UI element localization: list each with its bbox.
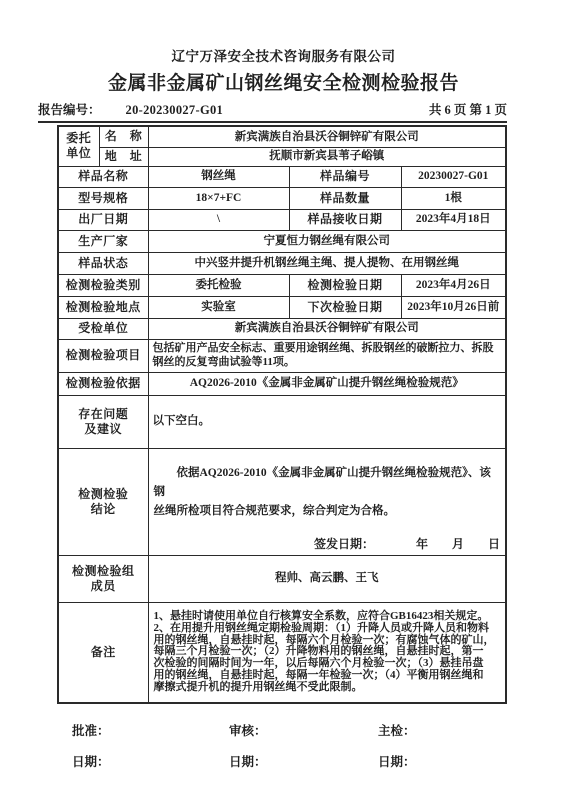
row-sample-name: 样品名称 钢丝绳 样品编号 20230027-G01 [58, 166, 506, 187]
model-value: 18×7+FC [148, 187, 289, 209]
inspect-basis-value: AQ2026-2010《金属非金属矿山提升钢丝绳检验规范》 [148, 372, 506, 395]
chief-column: 主检： 日期： [378, 721, 416, 770]
row-sample-state: 样品状态 中兴竖井提升机钢丝绳主绳、提人提物、在用钢丝绳 [58, 252, 506, 274]
company-name: 辽宁万泽安全技术咨询服务有限公司 [0, 0, 567, 65]
sample-no-label: 样品编号 [289, 166, 401, 187]
quantity-label: 样品数量 [289, 187, 401, 209]
conclusion-cell: 依据AQ2026-2010《金属非金属矿山提升钢丝绳检验规范》、该钢 丝绳所检项… [148, 448, 506, 555]
review-label: 审核： [229, 721, 378, 739]
mfg-date-label: 出厂日期 [58, 209, 148, 230]
team-value: 程帅、高云鹏、王飞 [148, 555, 506, 602]
problems-label: 存在问题 及建议 [58, 395, 148, 448]
review-date-label: 日期： [229, 752, 378, 770]
row-client-address: 地 址 抚顺市新宾县苇子峪镇 [58, 147, 506, 166]
report-page: 辽宁万泽安全技术咨询服务有限公司 金属非金属矿山钢丝绳安全检测检验报告 报告编号… [0, 0, 567, 802]
next-date-label: 下次检验日期 [289, 296, 401, 318]
report-number-row: 报告编号： 20-20230027-G01 共 6 页 第 1 页 [38, 100, 507, 123]
row-model: 型号规格 18×7+FC 样品数量 1根 [58, 187, 506, 209]
page-count: 共 6 页 第 1 页 [429, 100, 507, 118]
row-inspected-unit: 受检单位 新宾满族自治县沃谷铜锌矿有限公司 [58, 318, 506, 339]
row-problems: 存在问题 及建议 以下空白。 [58, 395, 506, 448]
inspect-items-value: 包括矿用产品安全标志、重要用途钢丝绳、拆股钢丝的破断拉力、拆股 钢丝的反复弯曲试… [148, 339, 506, 372]
remarks-label: 备注 [58, 602, 148, 703]
sample-state-value: 中兴竖井提升机钢丝绳主绳、提人提物、在用钢丝绳 [148, 252, 506, 274]
sample-name-label: 样品名称 [58, 166, 148, 187]
review-column: 审核： 日期： [229, 721, 378, 770]
problems-value: 以下空白。 [148, 395, 506, 448]
row-client-name: 委托 单位 名 称 新宾满族自治县沃谷铜锌矿有限公司 [58, 126, 506, 147]
sample-no-value: 20230027-G01 [401, 166, 506, 187]
inspected-unit-label: 受检单位 [58, 318, 148, 339]
client-name-value: 新宾满族自治县沃谷铜锌矿有限公司 [148, 126, 506, 147]
inspect-basis-label: 检测检验依据 [58, 372, 148, 395]
quantity-value: 1根 [401, 187, 506, 209]
report-number-value: 20-20230027-G01 [126, 103, 224, 118]
row-manufacturer: 生产厂家 宁夏恒力钢丝绳有限公司 [58, 230, 506, 252]
report-table: 委托 单位 名 称 新宾满族自治县沃谷铜锌矿有限公司 地 址 抚顺市新宾县苇子峪… [57, 125, 507, 704]
chief-date-label: 日期： [378, 752, 416, 770]
team-label: 检测检验组 成员 [58, 555, 148, 602]
inspect-items-label: 检测检验项目 [58, 339, 148, 372]
sample-state-label: 样品状态 [58, 252, 148, 274]
conclusion-text: 依据AQ2026-2010《金属非金属矿山提升钢丝绳检验规范》、该钢 丝绳所检项… [149, 449, 506, 521]
client-address-value: 抚顺市新宾县苇子峪镇 [148, 147, 506, 166]
approve-date-label: 日期： [72, 752, 229, 770]
row-inspect-items: 检测检验项目 包括矿用产品安全标志、重要用途钢丝绳、拆股钢丝的破断拉力、拆股 钢… [58, 339, 506, 372]
row-inspect-type: 检测检验类别 委托检验 检测检验日期 2023年4月26日 [58, 274, 506, 296]
inspect-date-value: 2023年4月26日 [401, 274, 506, 296]
client-address-label: 地 址 [99, 147, 148, 166]
report-number-label: 报告编号： [38, 100, 101, 118]
inspected-unit-value: 新宾满族自治县沃谷铜锌矿有限公司 [148, 318, 506, 339]
row-conclusion: 检测检验 结论 依据AQ2026-2010《金属非金属矿山提升钢丝绳检验规范》、… [58, 448, 506, 555]
conclusion-label: 检测检验 结论 [58, 448, 148, 555]
client-name-label: 名 称 [99, 126, 148, 147]
next-date-value: 2023年10月26日前 [401, 296, 506, 318]
row-remarks: 备注 1、悬挂时请使用单位自行核算安全系数，应符合GB16423相关规定。 2、… [58, 602, 506, 703]
sample-name-value: 钢丝绳 [148, 166, 289, 187]
inspect-type-label: 检测检验类别 [58, 274, 148, 296]
manufacturer-value: 宁夏恒力钢丝绳有限公司 [148, 230, 506, 252]
row-team: 检测检验组 成员 程帅、高云鹏、王飞 [58, 555, 506, 602]
inspect-place-label: 检测检验地点 [58, 296, 148, 318]
row-mfg-date: 出厂日期 \ 样品接收日期 2023年4月18日 [58, 209, 506, 230]
receive-date-label: 样品接收日期 [289, 209, 401, 230]
inspect-place-value: 实验室 [148, 296, 289, 318]
chief-label: 主检： [378, 721, 416, 739]
remarks-value: 1、悬挂时请使用单位自行核算安全系数，应符合GB16423相关规定。 2、在用提… [148, 602, 506, 703]
manufacturer-label: 生产厂家 [58, 230, 148, 252]
approve-label: 批准： [72, 721, 229, 739]
mfg-date-value: \ [148, 209, 289, 230]
receive-date-value: 2023年4月18日 [401, 209, 506, 230]
inspect-date-label: 检测检验日期 [289, 274, 401, 296]
row-inspect-place: 检测检验地点 实验室 下次检验日期 2023年10月26日前 [58, 296, 506, 318]
row-inspect-basis: 检测检验依据 AQ2026-2010《金属非金属矿山提升钢丝绳检验规范》 [58, 372, 506, 395]
model-label: 型号规格 [58, 187, 148, 209]
issue-date-line: 签发日期： 年 月 日 [149, 537, 506, 552]
approve-column: 批准： 日期： [72, 721, 229, 770]
report-title: 金属非金属矿山钢丝绳安全检测检验报告 [0, 68, 567, 95]
client-group-label: 委托 单位 [58, 126, 99, 166]
signature-block: 批准： 日期： 审核： 日期： 主检： 日期： [0, 721, 567, 770]
inspect-type-value: 委托检验 [148, 274, 289, 296]
